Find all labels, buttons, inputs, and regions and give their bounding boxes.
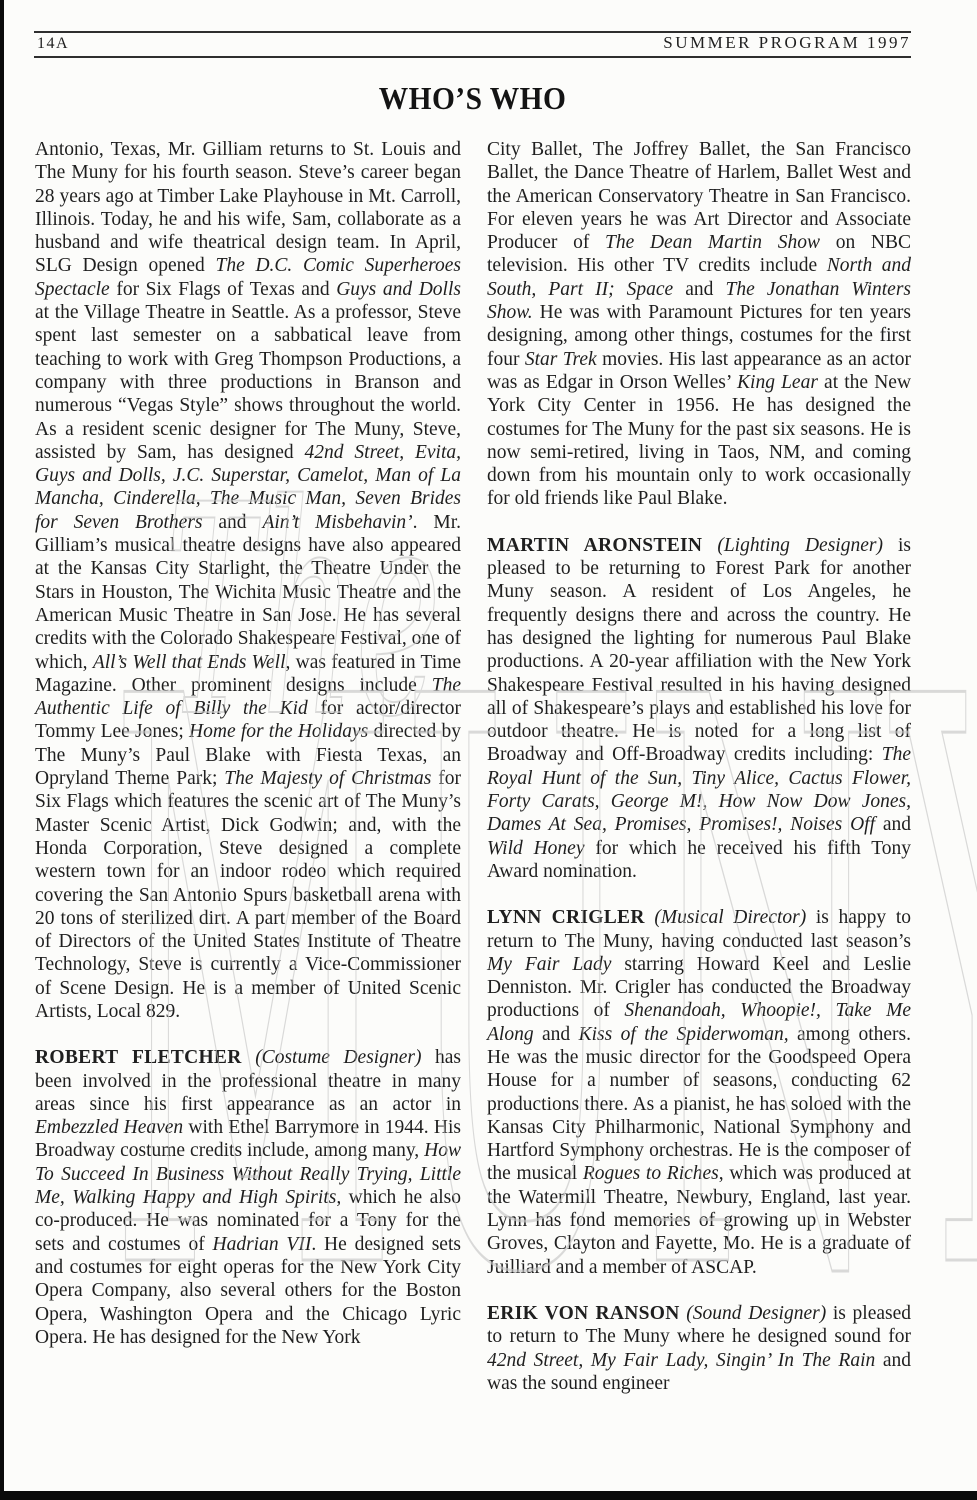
italic-text: Guys and Dolls xyxy=(336,279,461,300)
italic-text: Star Trek xyxy=(525,349,597,370)
italic-text: (Sound Designer) xyxy=(686,1303,826,1324)
italic-text: Hadrian VII xyxy=(213,1234,312,1255)
italic-text: My Fair Lady xyxy=(487,954,611,975)
paragraph: ROBERT FLETCHER (Costume Designer) has b… xyxy=(35,1046,461,1349)
person-name: LYNN CRIGLER xyxy=(487,907,645,928)
program-page: 14A SUMMER PROGRAM 1997 WHO’S WHO Antoni… xyxy=(0,0,977,1500)
italic-text: Kiss of the Spiderwoman, xyxy=(579,1024,789,1045)
body-text: for Six Flags of Texas and xyxy=(110,279,336,300)
body-text: for Six Flags which features the scenic … xyxy=(35,768,461,1022)
italic-text: All’s Well that Ends Well, xyxy=(93,652,291,673)
header-rule-bottom xyxy=(34,56,911,58)
right-column: City Ballet, The Joffrey Ballet, the San… xyxy=(487,138,911,1395)
scan-left-edge xyxy=(0,0,4,1500)
scan-bottom-bar xyxy=(0,1491,977,1500)
person-name: ERIK VON RANSON xyxy=(487,1303,680,1324)
body-text xyxy=(702,535,717,556)
italic-text: Rogues to Riches xyxy=(583,1163,719,1184)
person-name: ROBERT FLETCHER xyxy=(35,1047,242,1068)
body-text: and xyxy=(534,1024,579,1045)
body-text: is pleased to be returning to Forest Par… xyxy=(487,535,911,766)
body-text: and xyxy=(673,279,725,300)
italic-text: The Majesty of Christmas xyxy=(224,768,431,789)
italic-text: Embezzled Heaven xyxy=(35,1117,183,1138)
page-title: WHO’S WHO xyxy=(69,80,876,117)
left-column: Antonio, Texas, Mr. Gilliam returns to S… xyxy=(35,138,461,1349)
person-name: MARTIN ARONSTEIN xyxy=(487,535,702,556)
italic-text: (Costume Designer) xyxy=(255,1047,421,1068)
body-text: and xyxy=(203,512,263,533)
body-text: . Mr. Gilliam’s musical theatre designs … xyxy=(35,512,461,673)
italic-text: Home for the Holidays xyxy=(189,721,368,742)
italic-text: 42nd Street, My Fair Lady, Singin’ In Th… xyxy=(487,1350,875,1371)
italic-text: (Lighting Designer) xyxy=(717,535,883,556)
paragraph: City Ballet, The Joffrey Ballet, the San… xyxy=(487,138,911,511)
body-text: at the Village Theatre in Seattle. As a … xyxy=(35,302,461,463)
paragraph: MARTIN ARONSTEIN (Lighting Designer) is … xyxy=(487,534,911,883)
italic-text: Wild Honey xyxy=(487,838,585,859)
paragraph: Antonio, Texas, Mr. Gilliam returns to S… xyxy=(35,138,461,1023)
italic-text: (Musical Director) xyxy=(654,907,806,928)
italic-text: The Dean Martin Show xyxy=(605,232,820,253)
paragraph: ERIK VON RANSON (Sound Designer) is plea… xyxy=(487,1302,911,1395)
body-text: and xyxy=(875,814,911,835)
header-program-title: SUMMER PROGRAM 1997 xyxy=(663,33,911,53)
body-text: among others. He was the music director … xyxy=(487,1024,911,1185)
paragraph: LYNN CRIGLER (Musical Director) is happy… xyxy=(487,906,911,1279)
body-text xyxy=(242,1047,256,1068)
italic-text: Ain’t Misbehavin’ xyxy=(262,512,412,533)
page-number: 14A xyxy=(37,35,69,53)
italic-text: King Lear xyxy=(737,372,818,393)
body-text xyxy=(645,907,655,928)
